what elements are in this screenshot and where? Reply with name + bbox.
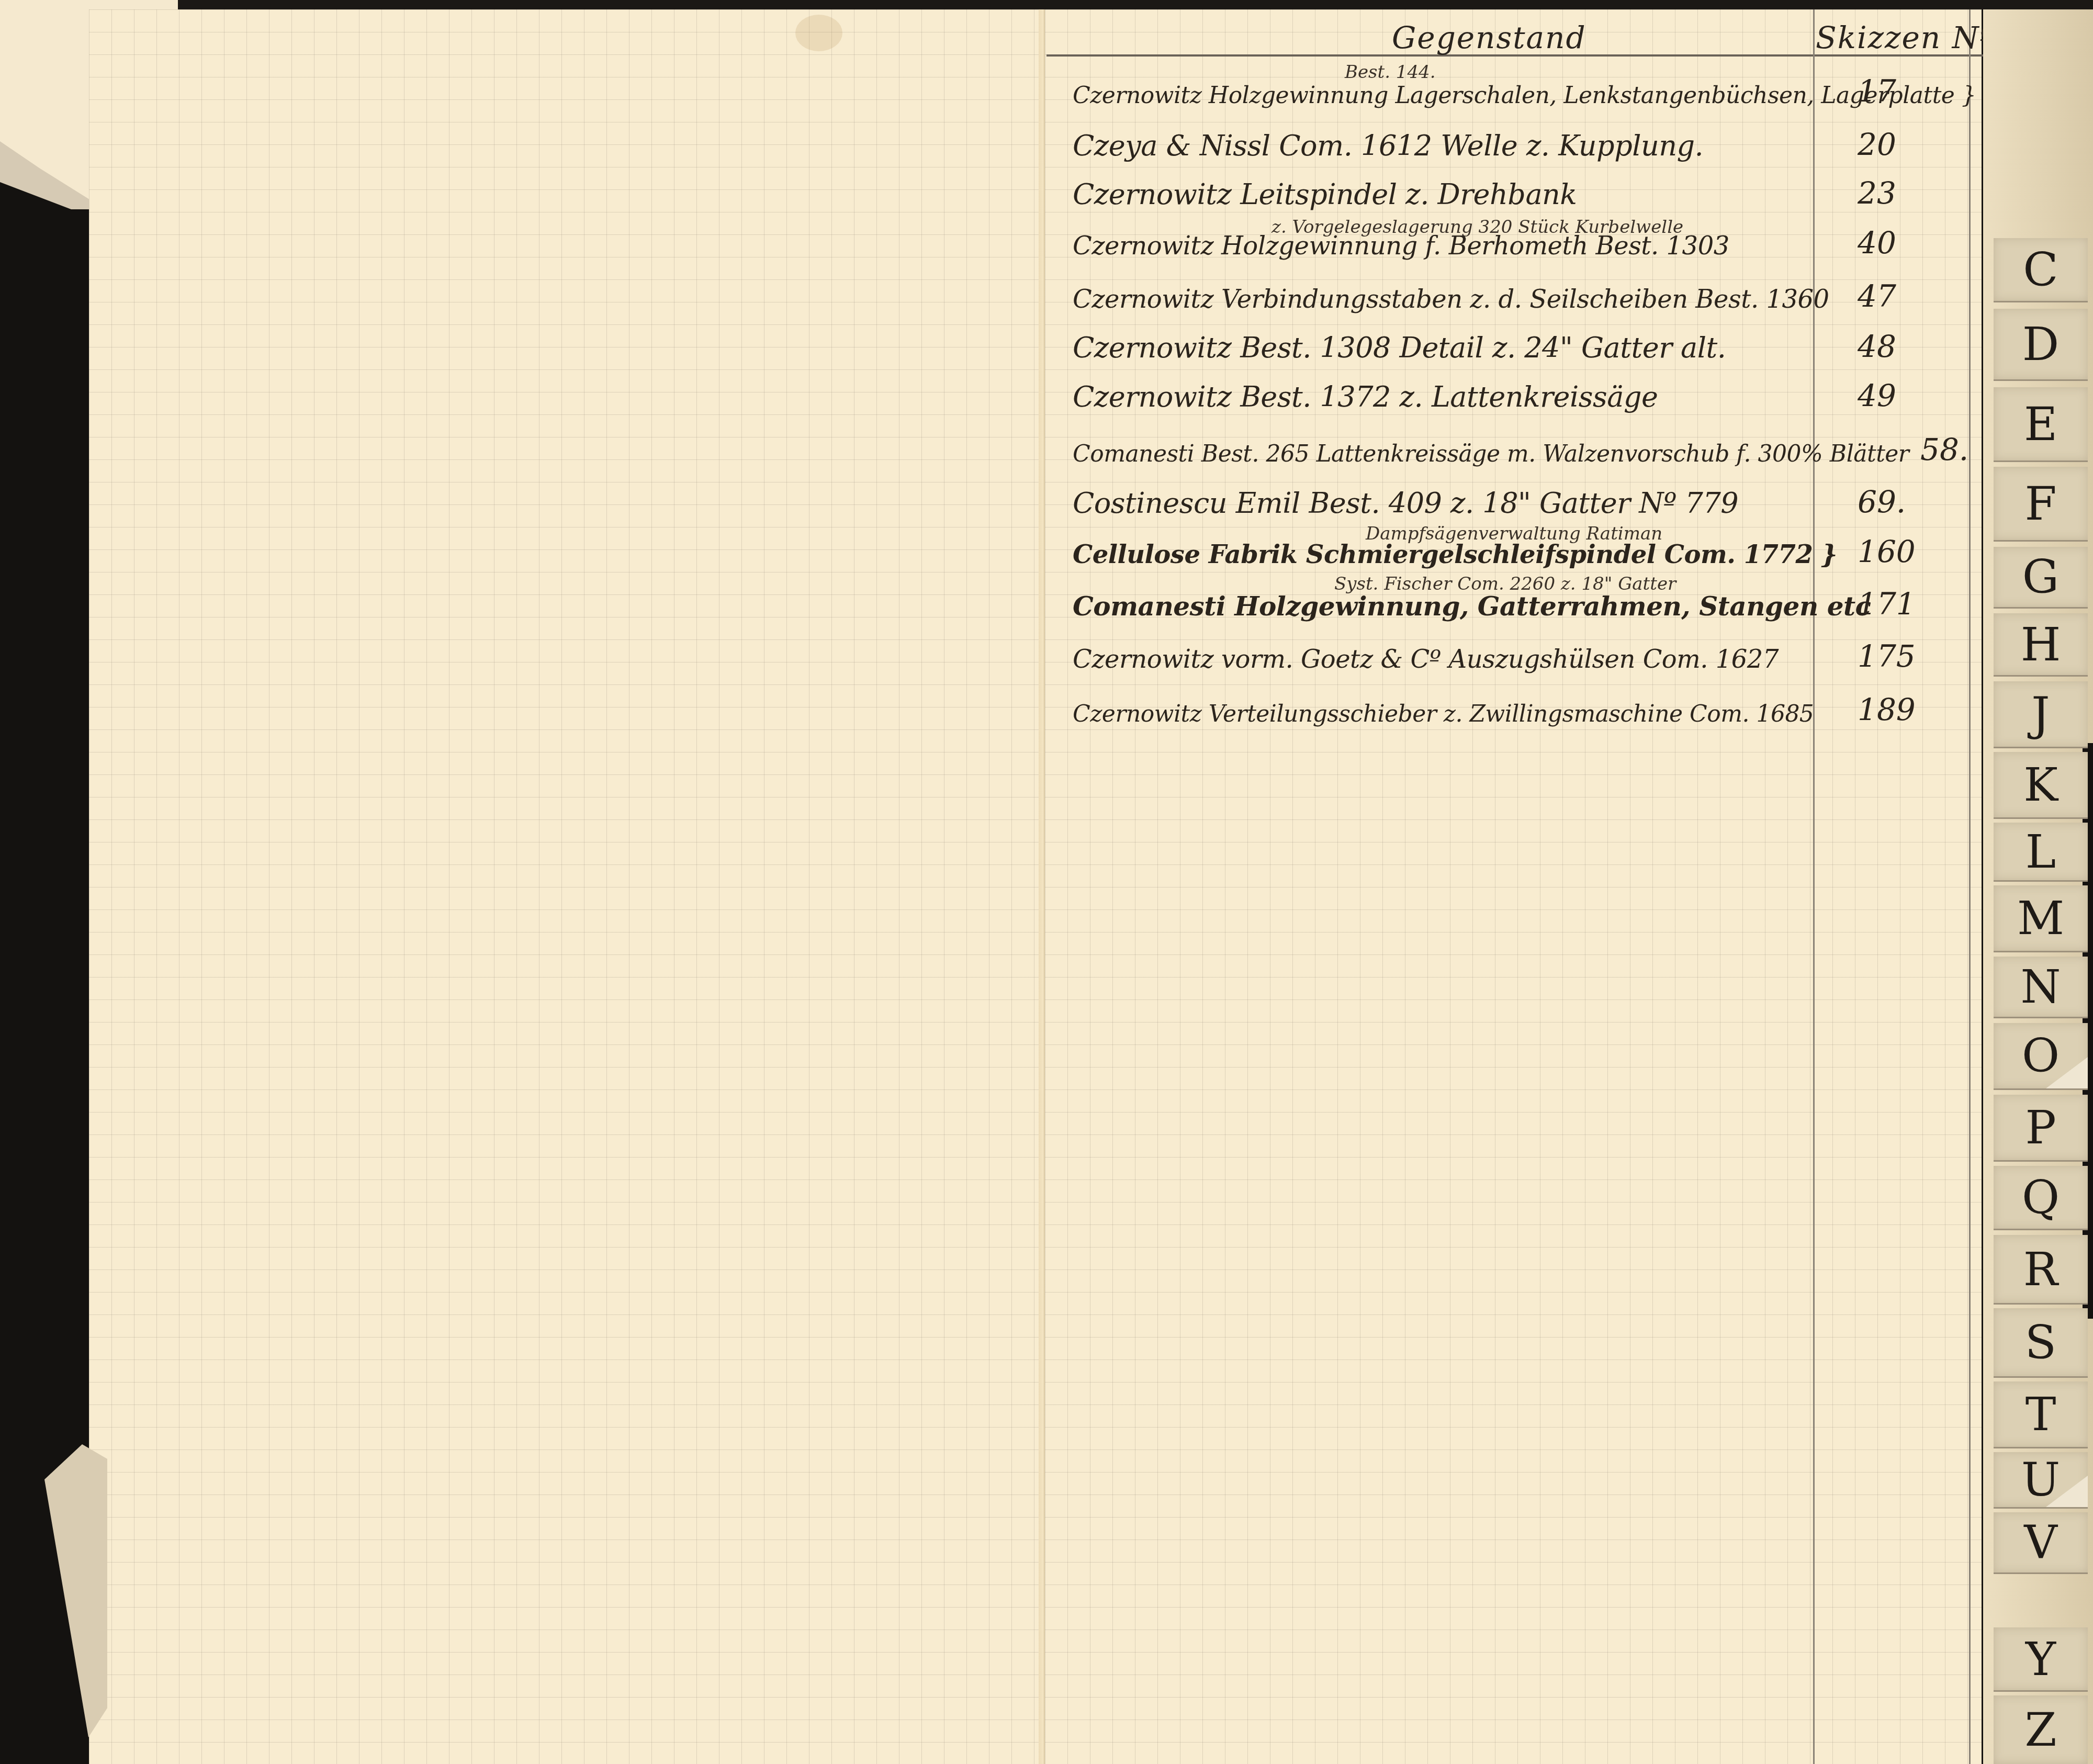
entry-sketch-no: 189: [1858, 692, 1916, 727]
index-tab-y[interactable]: Y: [1994, 1627, 2088, 1692]
book-top-edge: [0, 0, 2093, 9]
column-header-subject: Gegenstand: [1392, 20, 1586, 55]
ledger-entry: Costinescu Emil Best. 409 z. 18" Gatter …: [1073, 479, 1816, 526]
column-header-sketch-no: Skizzen Nº: [1816, 20, 1995, 55]
entry-sketch-no: 171: [1858, 586, 1916, 622]
index-tab-r[interactable]: R: [1994, 1235, 2088, 1305]
index-tab-k[interactable]: K: [1994, 752, 2088, 819]
entry-text: Czernowitz Leitspindel z. Drehbank: [1073, 178, 1577, 211]
entry-text: Czernowitz Holzgewinnung f. Berhometh Be…: [1073, 231, 1729, 261]
index-tab-j[interactable]: J: [1994, 681, 2088, 748]
index-tab-f[interactable]: F: [1994, 467, 2088, 542]
ledger-entry: Best. 144. Czernowitz Holzgewinnung Lage…: [1073, 68, 1816, 115]
paper-stain: [795, 15, 842, 51]
entry-text: Comanesti Best. 265 Lattenkreissäge m. W…: [1073, 441, 1909, 467]
entry-text: Cellulose Fabrik Schmiergelschleifspinde…: [1073, 540, 1837, 569]
index-tab-g[interactable]: G: [1994, 547, 2088, 609]
index-tab-o[interactable]: O: [1994, 1023, 2088, 1090]
entry-text: Comanesti Holzgewinnung, Gatterrahmen, S…: [1073, 591, 1871, 622]
entry-text: Czernowitz vorm. Goetz & Cº Auszugshülse…: [1073, 645, 1779, 674]
entry-text: Czernowitz Verteilungsschieber z. Zwilli…: [1073, 701, 1814, 727]
entry-sketch-no: 69.: [1858, 484, 1906, 520]
ledger-entry: Syst. Fischer Com. 2260 z. 18" Gatter Co…: [1073, 581, 1816, 628]
ledger-entry: z. Vorgelegeslagerung 320 Stück Kurbelwe…: [1073, 220, 1816, 267]
index-tab-u[interactable]: U: [1994, 1452, 2088, 1509]
entry-sketch-no: 23: [1858, 175, 1896, 211]
ledger-entry: Czernowitz vorm. Goetz & Cº Auszugshülse…: [1073, 633, 1816, 680]
index-tab-h[interactable]: H: [1994, 613, 2088, 677]
entry-sketch-no: 49: [1858, 378, 1896, 413]
page-right-border: [1969, 9, 1971, 1764]
index-tab-m[interactable]: M: [1994, 885, 2088, 952]
entry-sketch-no: 47: [1858, 278, 1896, 314]
column-divider: [1813, 9, 1815, 1764]
entry-text: Czernowitz Best. 1372 z. Lattenkreissäge: [1073, 380, 1658, 413]
entry-text: Czeya & Nissl Com. 1612 Welle z. Kupplun…: [1073, 129, 1703, 162]
index-tab-d[interactable]: D: [1994, 309, 2088, 381]
index-tab-s[interactable]: S: [1994, 1308, 2088, 1378]
index-tab-e[interactable]: E: [1994, 387, 2088, 462]
index-tab-v[interactable]: V: [1994, 1512, 2088, 1574]
entry-text: Czernowitz Best. 1308 Detail z. 24" Gatt…: [1073, 331, 1726, 364]
entry-text: Czernowitz Verbindungsstaben z. d. Seils…: [1073, 285, 1829, 314]
entry-annotation: Best. 144.: [1345, 62, 1436, 83]
ledger-entry: Czernowitz Leitspindel z. Drehbank 23: [1073, 170, 1816, 217]
entry-sketch-no: 20: [1858, 127, 1896, 162]
entry-sketch-no: 160: [1858, 534, 1916, 569]
index-tab-t[interactable]: T: [1994, 1381, 2088, 1448]
ledger-entry: Czernowitz Verteilungsschieber z. Zwilli…: [1073, 687, 1816, 734]
left-page-blank: [89, 9, 1044, 1764]
entry-text: Czernowitz Holzgewinnung Lagerschalen, L…: [1073, 82, 2061, 109]
ledger-entry: Czernowitz Best. 1372 z. Lattenkreissäge…: [1073, 373, 1816, 420]
index-tab-c[interactable]: C: [1994, 238, 2088, 302]
ledger-entry: Czeya & Nissl Com. 1612 Welle z. Kupplun…: [1073, 121, 1816, 168]
entry-sketch-no: 17: [1858, 73, 1896, 109]
entry-sketch-no: 58.: [1920, 432, 1968, 467]
index-tab-z[interactable]: Z: [1994, 1695, 2088, 1764]
index-tab-n[interactable]: N: [1994, 957, 2088, 1018]
entry-sketch-no: 40: [1858, 225, 1896, 261]
ledger-entry: Comanesti Best. 265 Lattenkreissäge m. W…: [1073, 426, 1816, 474]
torn-corner-bottom-left: [44, 1444, 107, 1737]
right-page-index: [1045, 9, 1982, 1764]
entry-text: Costinescu Emil Best. 409 z. 18" Gatter …: [1073, 487, 1738, 520]
ledger-entry: Dampfsägenverwaltung Ratiman Cellulose F…: [1073, 529, 1816, 576]
index-tab-p[interactable]: P: [1994, 1095, 2088, 1162]
ledger-entry: Czernowitz Verbindungsstaben z. d. Seils…: [1073, 273, 1816, 320]
entry-sketch-no: 48: [1858, 329, 1896, 364]
index-tab-l[interactable]: L: [1994, 823, 2088, 882]
ledger-entry: Czernowitz Best. 1308 Detail z. 24" Gatt…: [1073, 323, 1816, 370]
index-tab-q[interactable]: Q: [1994, 1166, 2088, 1230]
entry-sketch-no: 175: [1858, 638, 1916, 674]
